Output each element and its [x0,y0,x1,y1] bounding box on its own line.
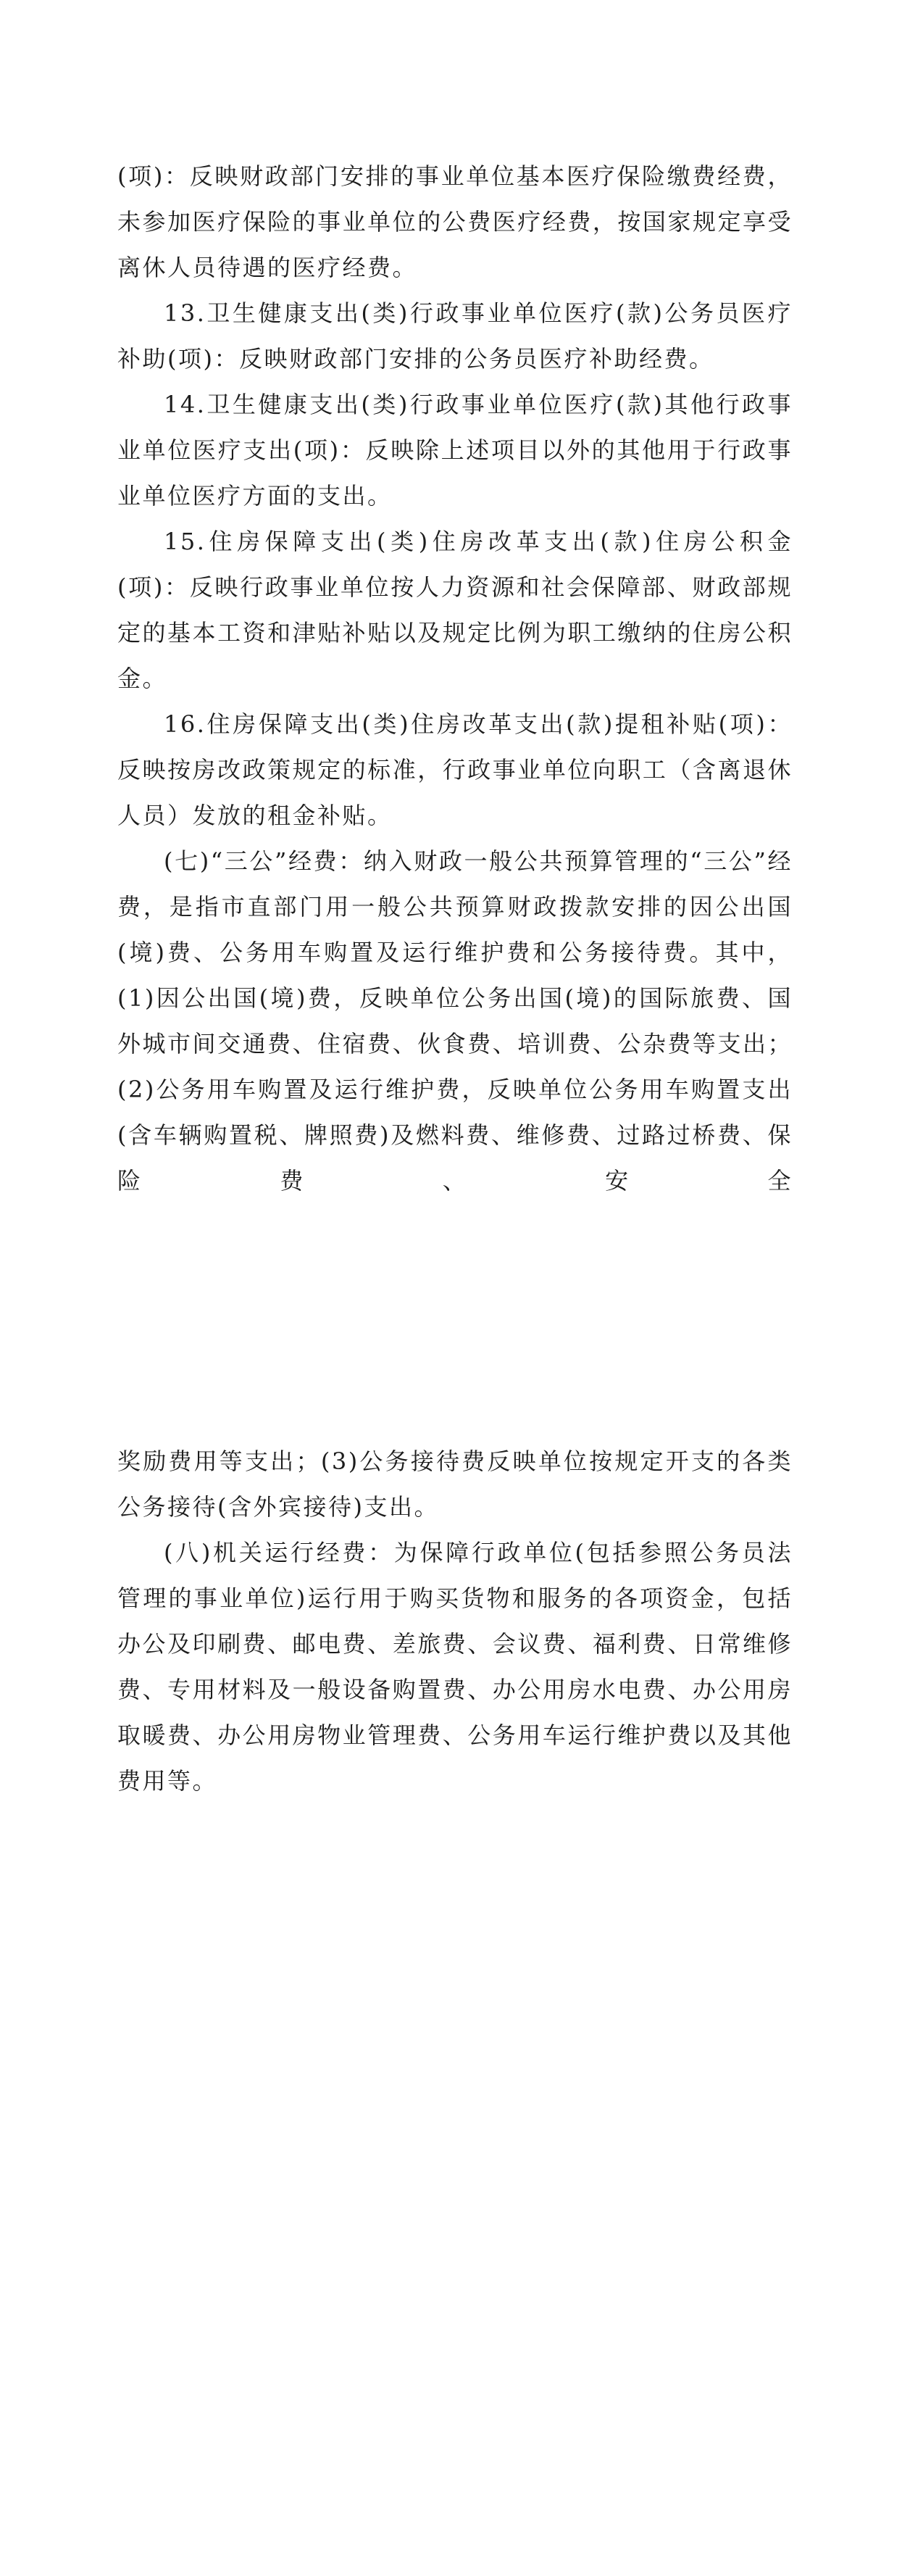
para-agency-operating-expenses: (八)机关运行经费：为保障行政单位(包括参照公务员法管理的事业单位)运行用于购买… [117,1530,793,1804]
para-sangong-expenses: (七)“三公”经费：纳入财政一般公共预算管理的“三公”经费，是指市直部门用一般公… [117,839,793,1204]
para-item-14-other-admin-medical-expense: 14.卫生健康支出(类)行政事业单位医疗(款)其他行政事业单位医疗支出(项)：反… [117,382,793,519]
document-page: (项)：反映财政部门安排的事业单位基本医疗保险缴费经费，未参加医疗保险的事业单位… [0,0,910,2576]
page2-text-block: 奖励费用等支出；(3)公务接待费反映单位按规定开支的各类公务接待(含外宾接待)支… [117,1439,793,1804]
page1-text-block: (项)：反映财政部门安排的事业单位基本医疗保险缴费经费，未参加医疗保险的事业单位… [117,154,793,1204]
para-item-15-housing-provident-fund: 15.住房保障支出(类)住房改革支出(款)住房公积金(项)：反映行政事业单位按人… [117,519,793,702]
para-sangong-expenses-continuation: 奖励费用等支出；(3)公务接待费反映单位按规定开支的各类公务接待(含外宾接待)支… [117,1439,793,1530]
para-medical-insurance-continuation: (项)：反映财政部门安排的事业单位基本医疗保险缴费经费，未参加医疗保险的事业单位… [117,154,793,291]
para-item-13-civil-servant-medical-subsidy: 13.卫生健康支出(类)行政事业单位医疗(款)公务员医疗补助(项)：反映财政部门… [117,291,793,382]
para-item-16-rent-increase-subsidy: 16.住房保障支出(类)住房改革支出(款)提租补贴(项)：反映按房改政策规定的标… [117,702,793,839]
